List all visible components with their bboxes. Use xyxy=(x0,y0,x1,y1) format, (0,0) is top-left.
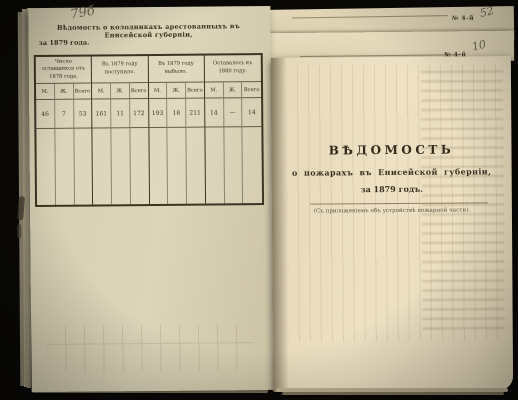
table-cell: 7 xyxy=(55,100,74,129)
left-page-title-line2: за 1879 года. xyxy=(39,39,90,47)
table-group-header: Оставалось къ 1880 году. xyxy=(205,55,261,82)
table-cell: 172 xyxy=(130,99,149,128)
table-empty-cell xyxy=(168,128,187,204)
table-empty-cell xyxy=(243,127,262,203)
table-subcol-header: М. xyxy=(205,82,224,98)
table-empty-cell xyxy=(224,127,243,203)
table-subcol-header: Ж. xyxy=(167,83,186,99)
printed-rule xyxy=(292,15,448,18)
table-cell: 14 xyxy=(242,98,261,127)
table-cell: — xyxy=(224,98,243,127)
showthrough-text-overlay xyxy=(421,64,505,337)
table-cell: 46 xyxy=(36,100,55,129)
table-group-header: Въ 1879 году поступило. xyxy=(92,56,148,83)
table-cell: 53 xyxy=(74,100,93,129)
table-subcol-header: М. xyxy=(36,84,55,100)
scan-background: № 4-й 52 № 4-й 10 ВѢДОМОСТЬ о пожарахъ в… xyxy=(0,0,518,400)
page-edge-strip xyxy=(282,392,504,395)
sheet-handwritten-number: 52 xyxy=(478,4,495,20)
table-subcol-header: Всего xyxy=(130,83,149,99)
table-cell: 11 xyxy=(111,99,130,128)
table-subcol-header: Всего xyxy=(73,84,92,100)
table-subcol-header: М. xyxy=(92,83,111,99)
table-group-header: Число оставшихся отъ 1878 года. xyxy=(36,57,92,84)
ink-mark xyxy=(17,224,21,238)
table-empty-cell xyxy=(36,129,55,205)
table-empty-cell xyxy=(149,128,168,204)
table-empty-cell xyxy=(205,127,224,203)
report-title: ВѢДОМОСТЬ xyxy=(281,142,501,158)
table-group-header: Въ 1879 году выбыло. xyxy=(148,56,204,83)
table-empty-cell xyxy=(186,128,205,204)
handwritten-folio-number: 79б xyxy=(69,3,96,22)
table-cell: 18 xyxy=(167,99,186,128)
showthrough-grid-overlay xyxy=(47,324,253,372)
sheet-handwritten-number: 10 xyxy=(471,38,487,54)
table-empty-cell xyxy=(74,129,93,205)
table-subcol-header: Ж. xyxy=(111,83,130,99)
table-subcol-header: Всего xyxy=(242,82,261,98)
report-subtitle-line1: о пожарахъ въ Енисейской губерніи, xyxy=(282,166,502,178)
table-empty-cell xyxy=(93,128,112,204)
table-cell: 14 xyxy=(205,98,224,127)
table-empty-cell xyxy=(111,128,130,204)
sheet-number-label: № 4-й xyxy=(452,15,474,22)
table-cell: 161 xyxy=(92,99,111,128)
table-cell: 211 xyxy=(186,99,205,128)
table-subcol-header: Ж. xyxy=(223,82,242,98)
table-subcol-header: М. xyxy=(148,83,167,99)
table-subcol-header: Всего xyxy=(186,83,205,99)
table-empty-cell xyxy=(130,128,149,204)
left-page: 79б Вѣдомость о колодникахъ арестованных… xyxy=(28,6,273,392)
right-page: ВѢДОМОСТЬ о пожарахъ въ Енисейской губер… xyxy=(271,56,513,392)
prisoners-table: Число оставшихся отъ 1878 года. Въ 1879 … xyxy=(34,53,264,207)
table-subcol-header: Ж. xyxy=(55,84,74,100)
report-subtitle-line2: за 1879 годъ. xyxy=(282,183,502,195)
table-cell: 193 xyxy=(149,99,168,128)
table-empty-cell xyxy=(55,129,74,205)
